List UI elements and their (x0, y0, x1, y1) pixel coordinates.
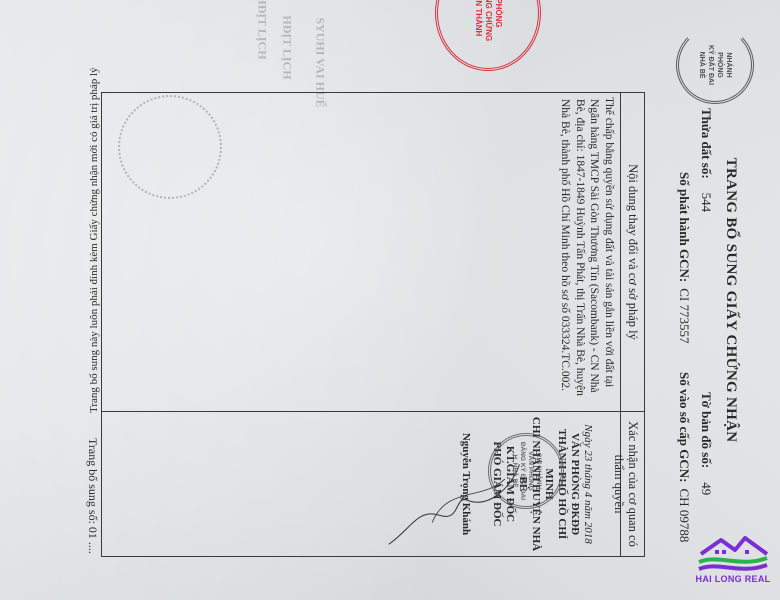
office-name: VĂN PHÒNG ĐKĐĐ (568, 413, 581, 555)
amendment-table: Nội dung thay đổi và cơ sở pháp lý Xác n… (101, 92, 645, 557)
rotated-document: TRANG BỔ SUNG GIẤY CHỨNG NHẬN Thửa đất s… (0, 0, 780, 600)
map-sheet-value: 49 (699, 482, 714, 495)
register-label: Số vào sổ cấp GCN: (677, 372, 692, 483)
stamp-text: VĂN PHÒNG (526, 442, 534, 500)
column-header-changes: Nội dung thay đổi và cơ sở pháp lý (625, 93, 640, 411)
hai-long-real-logo: HAI LONG REAL (692, 532, 774, 594)
supplement-page-number: Trang bổ sung số: 01 .... (85, 438, 100, 554)
column-header-confirmation: Xác nhận của cơ quan có thẩm quyền (612, 413, 640, 555)
stamp-text: H. NHÀ BÈ (510, 442, 518, 500)
issue-value: CI 773557 (677, 288, 692, 343)
column-divider (102, 411, 644, 412)
map-sheet-label: Tờ bản đồ số: (699, 392, 714, 468)
confirmation-date: Ngày 23 tháng 4 năm 2018 (581, 413, 594, 555)
parcel-value: 544 (699, 193, 714, 213)
register-number: Số vào sổ cấp GCN:CH 09788 (676, 372, 692, 542)
stamp-text: ĐĂNG KÝ ĐẤT ĐAI (518, 442, 526, 500)
issue-label: Số phát hành GCN: (677, 172, 692, 282)
house-logo-icon (695, 532, 771, 576)
brand-name: HAI LONG REAL (696, 574, 771, 584)
issue-number: Số phát hành GCN:CI 773557 (676, 172, 692, 343)
document-title: TRANG BỔ SUNG GIẤY CHỨNG NHẬN (722, 120, 739, 480)
signer-name: Nguyễn Trọng Khánh (459, 413, 472, 555)
confirmation-header-text: Xác nhận của cơ quan có thẩm quyền (612, 421, 640, 547)
legal-notice: Trang bổ sung này luôn phải đính kèm Giấ… (88, 67, 100, 413)
parcel-number: Thửa đất số:544 (698, 108, 714, 212)
parcel-label: Thửa đất số: (699, 108, 714, 179)
register-value: CH 09788 (677, 489, 692, 543)
map-sheet-number: Tờ bản đồ số:49 (698, 392, 714, 495)
change-entry: Thế chấp bằng quyền sử dụng đất và tài s… (558, 99, 616, 407)
stamp-text: CHI NHÁNH (534, 442, 542, 500)
land-office-stamp-signature: CHI NHÁNH VĂN PHÒNG ĐĂNG KÝ ĐẤT ĐAI H. N… (488, 433, 564, 509)
